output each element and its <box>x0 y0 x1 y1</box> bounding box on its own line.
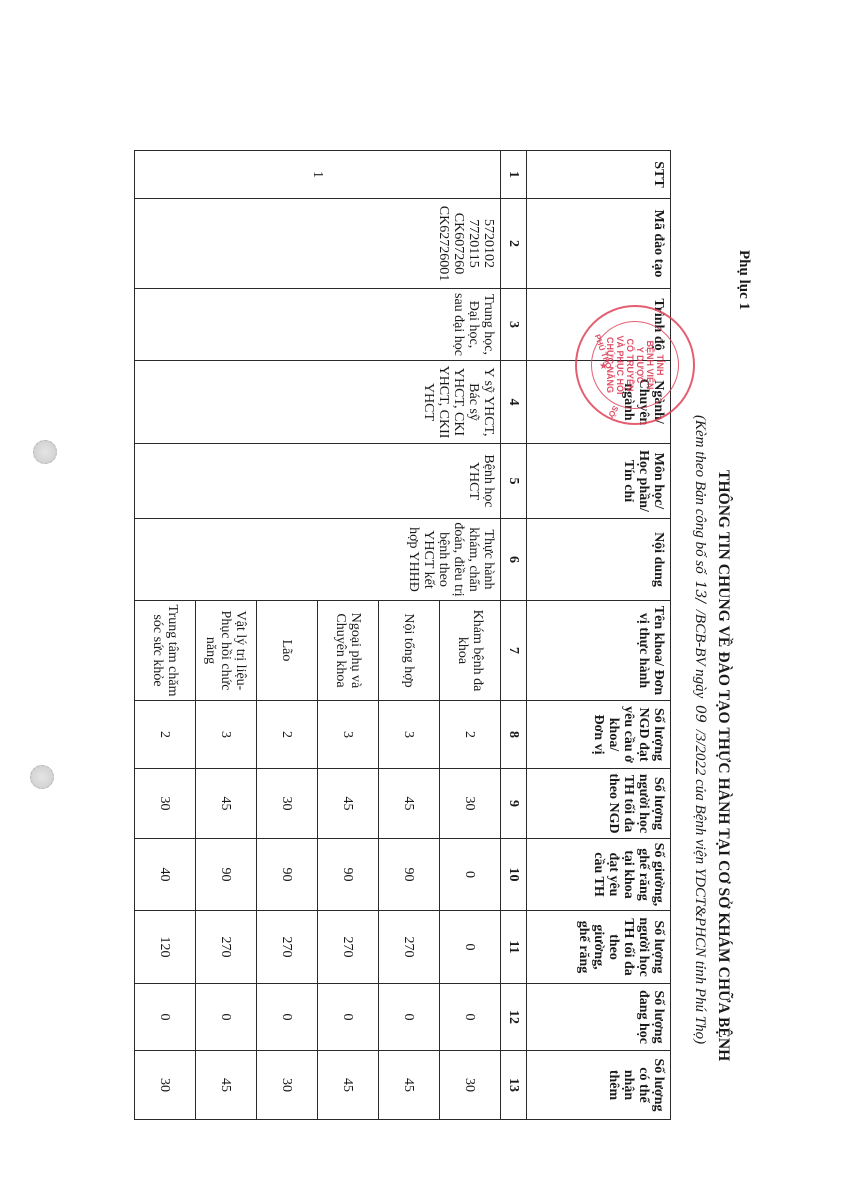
qualified-staff-cell: 2 <box>440 701 501 769</box>
column-number-row: 12345678910111213 <box>501 151 527 1120</box>
column-header-10: Số giường, ghế răng tại khoa đạt yêu cầu… <box>527 839 671 911</box>
qualified-staff-cell: 3 <box>196 701 257 769</box>
beds-cell: 90 <box>318 839 379 911</box>
max-by-staff-cell: 30 <box>135 769 196 839</box>
currently-learning-cell: 0 <box>379 984 440 1051</box>
department-cell: Khám bệnh đa khoa <box>440 601 501 701</box>
stt-cell: 1 <box>135 151 501 199</box>
beds-cell: 0 <box>440 839 501 911</box>
can-accept-cell: 30 <box>135 1051 196 1120</box>
column-number-8: 8 <box>501 701 527 769</box>
max-by-staff-cell: 45 <box>196 769 257 839</box>
column-number-3: 3 <box>501 289 527 361</box>
column-header-2: Mã đào tạo <box>527 199 671 289</box>
column-header-6: Nội dung <box>527 519 671 601</box>
subtitle-suffix: /3/2022 của Bệnh viện YDCT&PHCN tỉnh Phú… <box>692 730 708 1045</box>
appendix-label: Phụ lục 1 <box>735 250 752 310</box>
max-by-staff-cell: 30 <box>440 769 501 839</box>
column-number-9: 9 <box>501 769 527 839</box>
currently-learning-cell: 0 <box>318 984 379 1051</box>
department-cell: Lão <box>257 601 318 701</box>
column-header-4: Ngành/ Chuyên ngành <box>527 361 671 444</box>
column-header-3: Trình độ <box>527 289 671 361</box>
beds-cell: 90 <box>257 839 318 911</box>
subtitle-prefix: (Kèm theo Bản công bố số <box>692 415 708 574</box>
max-by-beds-cell: 120 <box>135 911 196 984</box>
beds-cell: 40 <box>135 839 196 911</box>
currently-learning-cell: 0 <box>440 984 501 1051</box>
max-by-staff-cell: 30 <box>257 769 318 839</box>
max-by-beds-cell: 270 <box>379 911 440 984</box>
beds-cell: 90 <box>379 839 440 911</box>
column-header-5: Môn học/ Học phần/ Tín chỉ <box>527 444 671 519</box>
subtitle-mid: /BCB-BV ngày <box>692 610 708 698</box>
training-code: 7720115 <box>466 202 481 285</box>
max-by-beds-cell: 270 <box>196 911 257 984</box>
column-number-6: 6 <box>501 519 527 601</box>
training-code: 5720102 <box>481 202 496 285</box>
training-code: CK607260 <box>451 202 466 285</box>
column-header-9: Số lượng người học TH tối đa theo NGD <box>527 769 671 839</box>
currently-learning-cell: 0 <box>257 984 318 1051</box>
column-header-8: Số lượng NGD đạt yêu cầu ở khoa/ Đơn vị <box>527 701 671 769</box>
column-number-5: 5 <box>501 444 527 519</box>
column-header-13: Số lượng có thể nhận thêm <box>527 1051 671 1120</box>
can-accept-cell: 45 <box>196 1051 257 1120</box>
table-row: 157201027720115CK607260CK62726001Trung h… <box>440 151 501 1120</box>
qualified-staff-cell: 2 <box>135 701 196 769</box>
can-accept-cell: 45 <box>379 1051 440 1120</box>
department-cell: Trung tâm chăm sóc sức khỏe <box>135 601 196 701</box>
max-by-staff-cell: 45 <box>379 769 440 839</box>
header-row: STTMã đào tạoTrình độNgành/ Chuyên ngành… <box>527 151 671 1120</box>
handwritten-day: 09 <box>692 705 708 723</box>
column-number-2: 2 <box>501 199 527 289</box>
max-by-staff-cell: 45 <box>318 769 379 839</box>
training-code: CK62726001 <box>436 202 451 285</box>
column-number-1: 1 <box>501 151 527 199</box>
column-header-7: Tên khoa/ Đơn vị thực hành <box>527 601 671 701</box>
qualified-staff-cell: 3 <box>318 701 379 769</box>
column-header-1: STT <box>527 151 671 199</box>
column-number-4: 4 <box>501 361 527 444</box>
content-cell: Thực hành khám, chẩn đoán, điều trị bệnh… <box>135 519 501 601</box>
qualified-staff-cell: 3 <box>379 701 440 769</box>
max-by-beds-cell: 0 <box>440 911 501 984</box>
punch-hole-bottom <box>30 765 54 789</box>
column-header-11: Số lượng người học TH tối đa theo giường… <box>527 911 671 984</box>
beds-cell: 90 <box>196 839 257 911</box>
currently-learning-cell: 0 <box>196 984 257 1051</box>
column-header-12: Số lượng đang học <box>527 984 671 1051</box>
column-number-11: 11 <box>501 911 527 984</box>
can-accept-cell: 30 <box>440 1051 501 1120</box>
can-accept-cell: 45 <box>318 1051 379 1120</box>
department-cell: Vật lý trị liệu- Phục hồi chức năng <box>196 601 257 701</box>
document-subtitle: (Kèm theo Bản công bố số 13/ /BCB-BV ngà… <box>691 415 708 1044</box>
column-number-7: 7 <box>501 601 527 701</box>
column-number-12: 12 <box>501 984 527 1051</box>
level-cell: Trung học, Đại học, sau đại học <box>135 289 501 361</box>
training-info-table: STTMã đào tạoTrình độNgành/ Chuyên ngành… <box>134 150 671 1119</box>
max-by-beds-cell: 270 <box>318 911 379 984</box>
can-accept-cell: 30 <box>257 1051 318 1120</box>
column-number-13: 13 <box>501 1051 527 1120</box>
training-codes-cell: 57201027720115CK607260CK62726001 <box>135 199 501 289</box>
handwritten-number: 13/ <box>692 580 708 603</box>
major-cell: Y sỹ YHCT, Bác sỹ YHCT, CKI YHCT, CKII Y… <box>135 361 501 444</box>
max-by-beds-cell: 270 <box>257 911 318 984</box>
currently-learning-cell: 0 <box>135 984 196 1051</box>
subject-cell: Bệnh học YHCT <box>135 444 501 519</box>
department-cell: Nội tổng hợp <box>379 601 440 701</box>
qualified-staff-cell: 2 <box>257 701 318 769</box>
column-number-10: 10 <box>501 839 527 911</box>
document-title: THÔNG TIN CHUNG VỀ ĐÀO TẠO THỰC HÀNH TẠI… <box>714 470 732 1061</box>
punch-hole-top <box>33 440 57 464</box>
department-cell: Ngoại phụ và Chuyên khoa <box>318 601 379 701</box>
